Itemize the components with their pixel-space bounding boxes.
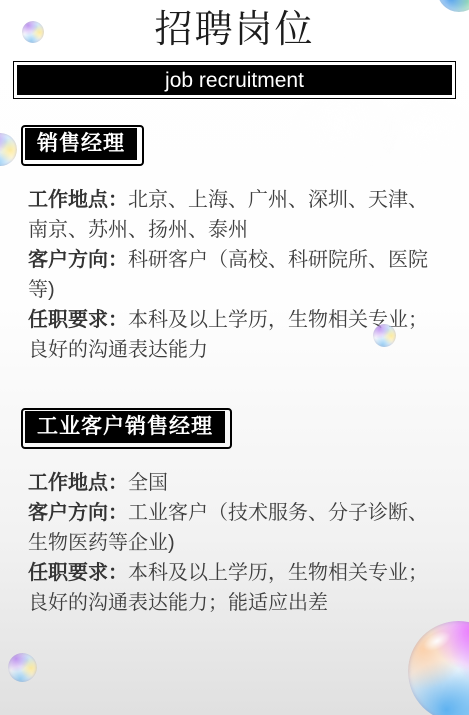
recruitment-poster: 招聘岗位 job recruitment 销售经理 工作地点：北京、上海、广州、…: [0, 0, 469, 715]
field-label: 工作地点：: [28, 189, 128, 211]
job-details: 工作地点：全国 客户方向：工业客户（技术服务、分子诊断、 生物医药等企业) 任职…: [28, 468, 445, 618]
field-customer-direction: 客户方向：工业客户（技术服务、分子诊断、 生物医药等企业): [28, 498, 445, 558]
field-job-requirements: 任职要求：本科及以上学历，生物相关专业； 良好的沟通表达能力；能适应出差: [28, 558, 445, 618]
bubble-decoration-bottom-left: [8, 653, 37, 682]
job-title-badge-sales-manager: 销售经理: [25, 128, 137, 160]
field-work-location: 工作地点：北京、上海、广州、深圳、天津、 南京、苏州、扬州、泰州: [28, 185, 445, 245]
section-industrial-sales-manager: 工业客户销售经理 工作地点：全国 客户方向：工业客户（技术服务、分子诊断、 生物…: [0, 365, 469, 618]
field-label: 任职要求：: [28, 309, 128, 331]
job-title-text: 销售经理: [37, 132, 125, 155]
job-details: 工作地点：北京、上海、广州、深圳、天津、 南京、苏州、扬州、泰州 客户方向：科研…: [28, 185, 445, 365]
field-label: 工作地点：: [28, 472, 128, 494]
bubble-decoration-bottom-right: [408, 621, 469, 715]
field-label: 客户方向：: [28, 502, 128, 524]
field-customer-direction: 客户方向：科研客户（高校、科研院所、医院 等): [28, 245, 445, 305]
field-value: 全国: [128, 472, 168, 494]
job-title-badge-industrial-sales-manager: 工业客户销售经理: [25, 411, 225, 443]
field-label: 客户方向：: [28, 249, 128, 271]
page-title: 招聘岗位: [0, 6, 469, 55]
job-title-text: 工业客户销售经理: [37, 415, 213, 438]
subtitle-banner: job recruitment: [17, 65, 452, 95]
field-label: 任职要求：: [28, 562, 128, 584]
field-job-requirements: 任职要求：本科及以上学历，生物相关专业； 良好的沟通表达能力: [28, 305, 445, 365]
section-sales-manager: 销售经理 工作地点：北京、上海、广州、深圳、天津、 南京、苏州、扬州、泰州 客户…: [0, 95, 469, 365]
field-work-location: 工作地点：全国: [28, 468, 445, 498]
subtitle-text: job recruitment: [165, 70, 304, 91]
bubble-highlight: [420, 627, 454, 655]
